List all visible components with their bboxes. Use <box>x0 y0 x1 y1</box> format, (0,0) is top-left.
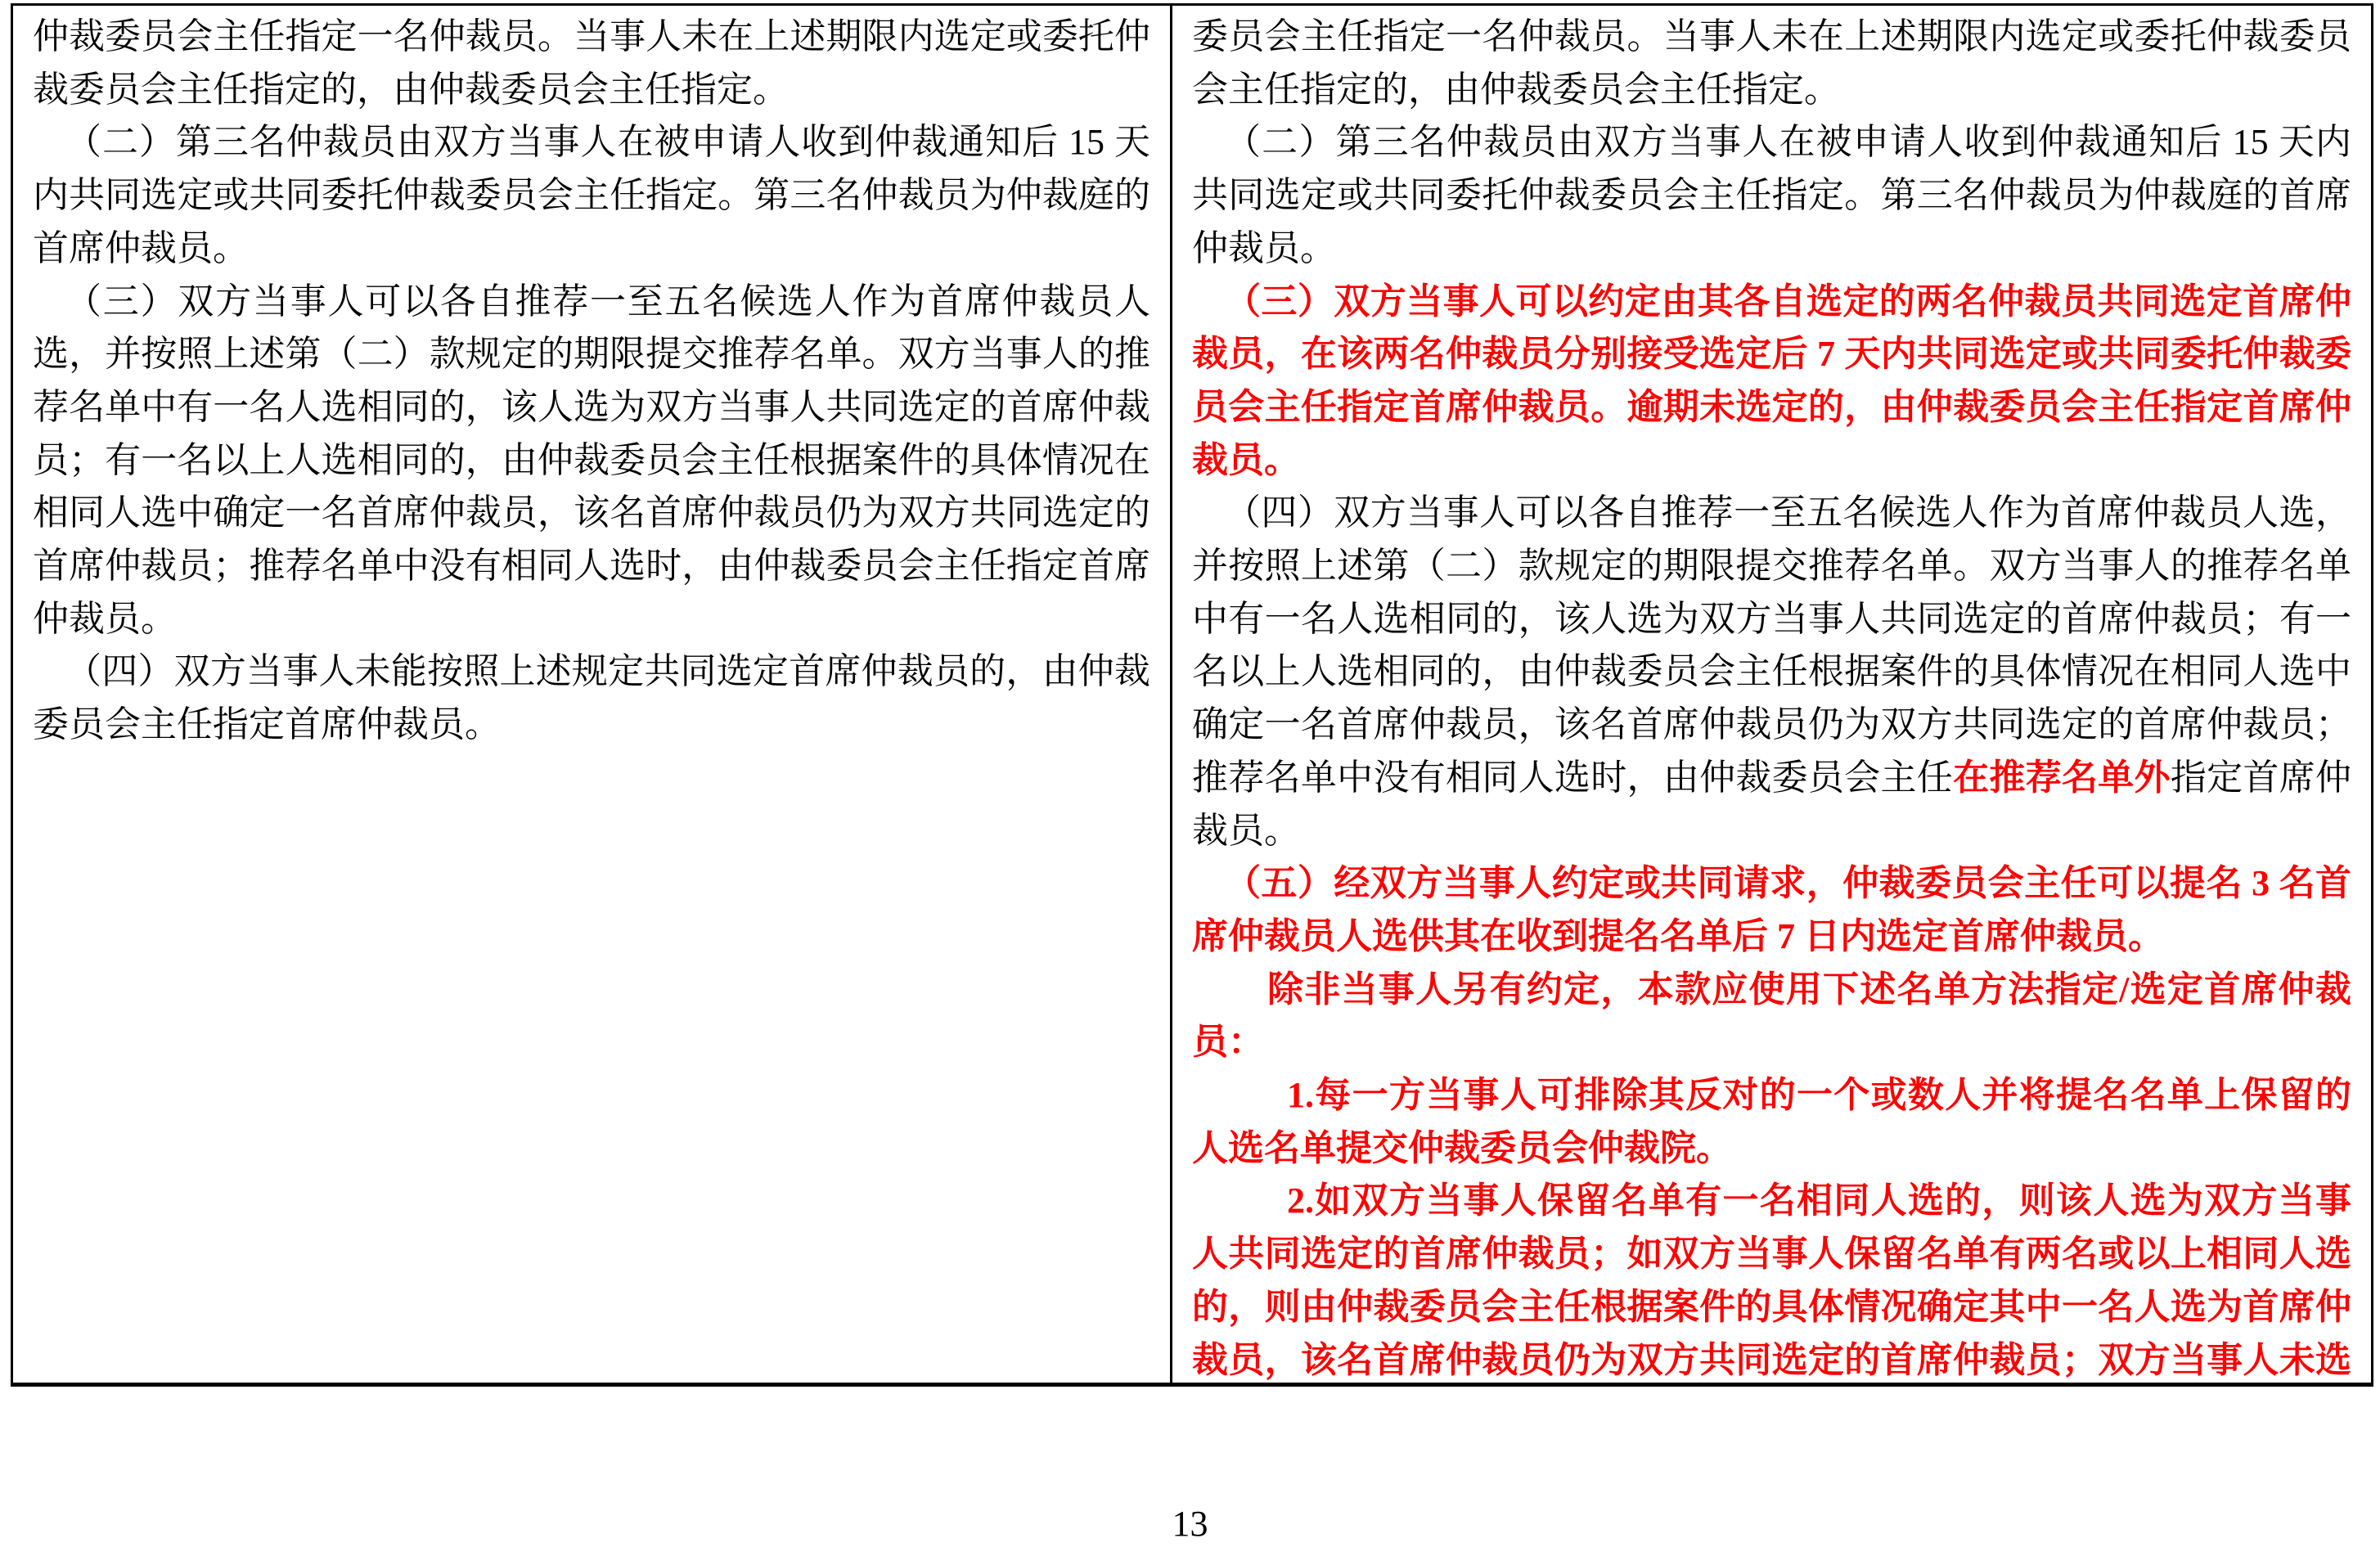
comparison-table: 仲裁委员会主任指定一名仲裁员。当事人未在上述期限内选定或委托仲裁委员会主任指定的… <box>11 3 2373 1387</box>
body-text: （二）第三名仲裁员由双方当事人在被申请人收到仲裁通知后 15 天内共同选定或共同… <box>1192 122 2351 268</box>
page-number: 13 <box>0 1504 2380 1545</box>
revision-text: 在推荐名单外 <box>1953 758 2171 798</box>
revision-text: （三）双方当事人可以约定由其各自选定的两名仲裁员共同选定首席仲裁员，在该两名仲裁… <box>1192 281 2351 480</box>
body-text: 仲裁委员会主任指定一名仲裁员。当事人未在上述期限内选定或委托仲裁委员会主任指定的… <box>33 16 1150 110</box>
revision-text: 2.如双方当事人保留名单有一名相同人选的，则该人选为双方当事人共同选定的首席仲裁… <box>1192 1180 2351 1383</box>
paragraph: （四）双方当事人可以各自推荐一至五名候选人作为首席仲裁员人选，并按照上述第（二）… <box>1192 487 2351 857</box>
paragraph: （四）双方当事人未能按照上述规定共同选定首席仲裁员的，由仲裁委员会主任指定首席仲… <box>33 645 1150 751</box>
paragraph: 1.每一方当事人可排除其反对的一个或数人并将提名名单上保留的人选名单提交仲裁委员… <box>1192 1069 2351 1175</box>
body-text: （三）双方当事人可以各自推荐一至五名候选人作为首席仲裁员人选，并按照上述第（二）… <box>33 281 1150 639</box>
body-text: 委员会主任指定一名仲裁员。当事人未在上述期限内选定或委托仲裁委员会主任指定的，由… <box>1192 16 2351 110</box>
paragraph: （三）双方当事人可以约定由其各自选定的两名仲裁员共同选定首席仲裁员，在该两名仲裁… <box>1192 276 2351 488</box>
body-text: （二）第三名仲裁员由双方当事人在被申请人收到仲裁通知后 15 天内共同选定或共同… <box>33 122 1150 268</box>
body-text: （四）双方当事人未能按照上述规定共同选定首席仲裁员的，由仲裁委员会主任指定首席仲… <box>33 651 1150 744</box>
document-page: 仲裁委员会主任指定一名仲裁员。当事人未在上述期限内选定或委托仲裁委员会主任指定的… <box>0 0 2380 1556</box>
table-column-revised: 委员会主任指定一名仲裁员。当事人未在上述期限内选定或委托仲裁委员会主任指定的，由… <box>1172 6 2371 1383</box>
table-column-original: 仲裁委员会主任指定一名仲裁员。当事人未在上述期限内选定或委托仲裁委员会主任指定的… <box>13 6 1172 1383</box>
paragraph: （二）第三名仲裁员由双方当事人在被申请人收到仲裁通知后 15 天内共同选定或共同… <box>33 116 1150 275</box>
paragraph: （二）第三名仲裁员由双方当事人在被申请人收到仲裁通知后 15 天内共同选定或共同… <box>1192 116 2351 275</box>
revision-text: 除非当事人另有约定，本款应使用下述名单方法指定/选定首席仲裁员： <box>1192 969 2351 1063</box>
revision-text: 1.每一方当事人可排除其反对的一个或数人并将提名名单上保留的人选名单提交仲裁委员… <box>1192 1075 2351 1168</box>
revision-text: （五）经双方当事人约定或共同请求，仲裁委员会主任可以提名 3 名首席仲裁员人选供… <box>1192 863 2351 956</box>
paragraph: 委员会主任指定一名仲裁员。当事人未在上述期限内选定或委托仲裁委员会主任指定的，由… <box>1192 11 2351 116</box>
paragraph: （三）双方当事人可以各自推荐一至五名候选人作为首席仲裁员人选，并按照上述第（二）… <box>33 276 1150 646</box>
body-text: （四）双方当事人可以各自推荐一至五名候选人作为首席仲裁员人选，并按照上述第（二）… <box>1192 492 2351 798</box>
paragraph: 除非当事人另有约定，本款应使用下述名单方法指定/选定首席仲裁员： <box>1192 964 2351 1069</box>
paragraph: 2.如双方当事人保留名单有一名相同人选的，则该人选为双方当事人共同选定的首席仲裁… <box>1192 1175 2351 1383</box>
paragraph: （五）经双方当事人约定或共同请求，仲裁委员会主任可以提名 3 名首席仲裁员人选供… <box>1192 857 2351 963</box>
paragraph: 仲裁委员会主任指定一名仲裁员。当事人未在上述期限内选定或委托仲裁委员会主任指定的… <box>33 11 1150 116</box>
